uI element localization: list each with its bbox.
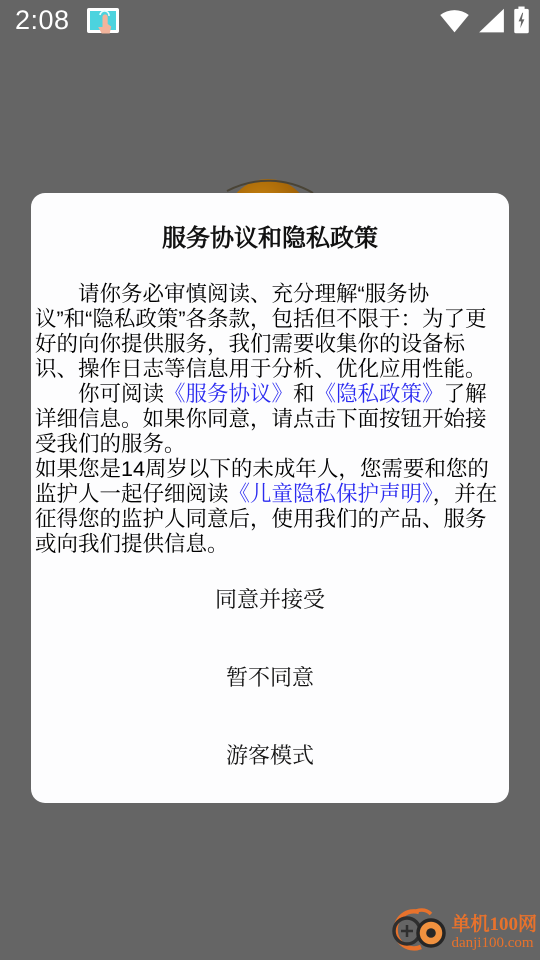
dialog-title: 服务协议和隐私政策 <box>31 218 509 253</box>
status-bar: 2:08 <box>0 0 540 40</box>
watermark-site-name: 单机100网 <box>451 914 537 935</box>
danji100-gamepad-logo-icon <box>386 906 450 959</box>
status-right-icons <box>439 6 530 34</box>
dialog-paragraph: 请你务必审慎阅读、充分理解“服务协议”和“隐私政策”各条款，包括但不限于：为了更… <box>35 282 505 382</box>
watermark-site-domain: danji100.com <box>451 935 537 952</box>
agree-button[interactable]: 同意并接受 <box>31 587 509 613</box>
dialog-body: 请你务必审慎阅读、充分理解“服务协议”和“隐私政策”各条款，包括但不限于：为了更… <box>35 282 505 557</box>
body-text-run: 你可阅读 <box>78 382 164 406</box>
policy-link[interactable]: 《服务协议》 <box>164 382 293 406</box>
policy-link[interactable]: 《儿童隐私保护声明》 <box>229 482 433 506</box>
dialog-paragraph: 你可阅读《服务协议》和《隐私政策》了解详细信息。如果你同意，请点击下面按钮开始接… <box>35 382 505 457</box>
body-text-run: 和 <box>293 382 315 406</box>
body-text-run: 请你务必审慎阅读、充分理解“服务协议”和“隐私政策”各条款，包括但不限于：为了更… <box>35 282 487 381</box>
dialog-paragraph: 如果您是14周岁以下的未成年人，您需要和您的监护人一起仔细阅读《儿童隐私保护声明… <box>35 457 505 557</box>
privacy-policy-dialog: 服务协议和隐私政策 请你务必审慎阅读、充分理解“服务协议”和“隐私政策”各条款，… <box>31 193 509 803</box>
watermark-text: 单机100网 danji100.com <box>451 914 537 952</box>
battery-charging-icon <box>513 6 530 34</box>
touch-input-notification-icon <box>86 5 120 36</box>
status-time: 2:08 <box>15 5 70 36</box>
site-watermark: 单机100网 danji100.com <box>386 906 537 959</box>
guest-mode-button[interactable]: 游客模式 <box>31 743 509 769</box>
disagree-button[interactable]: 暂不同意 <box>31 665 509 691</box>
policy-link[interactable]: 《隐私政策》 <box>315 382 444 406</box>
wifi-icon <box>439 8 470 33</box>
cellular-signal-icon <box>478 8 505 33</box>
